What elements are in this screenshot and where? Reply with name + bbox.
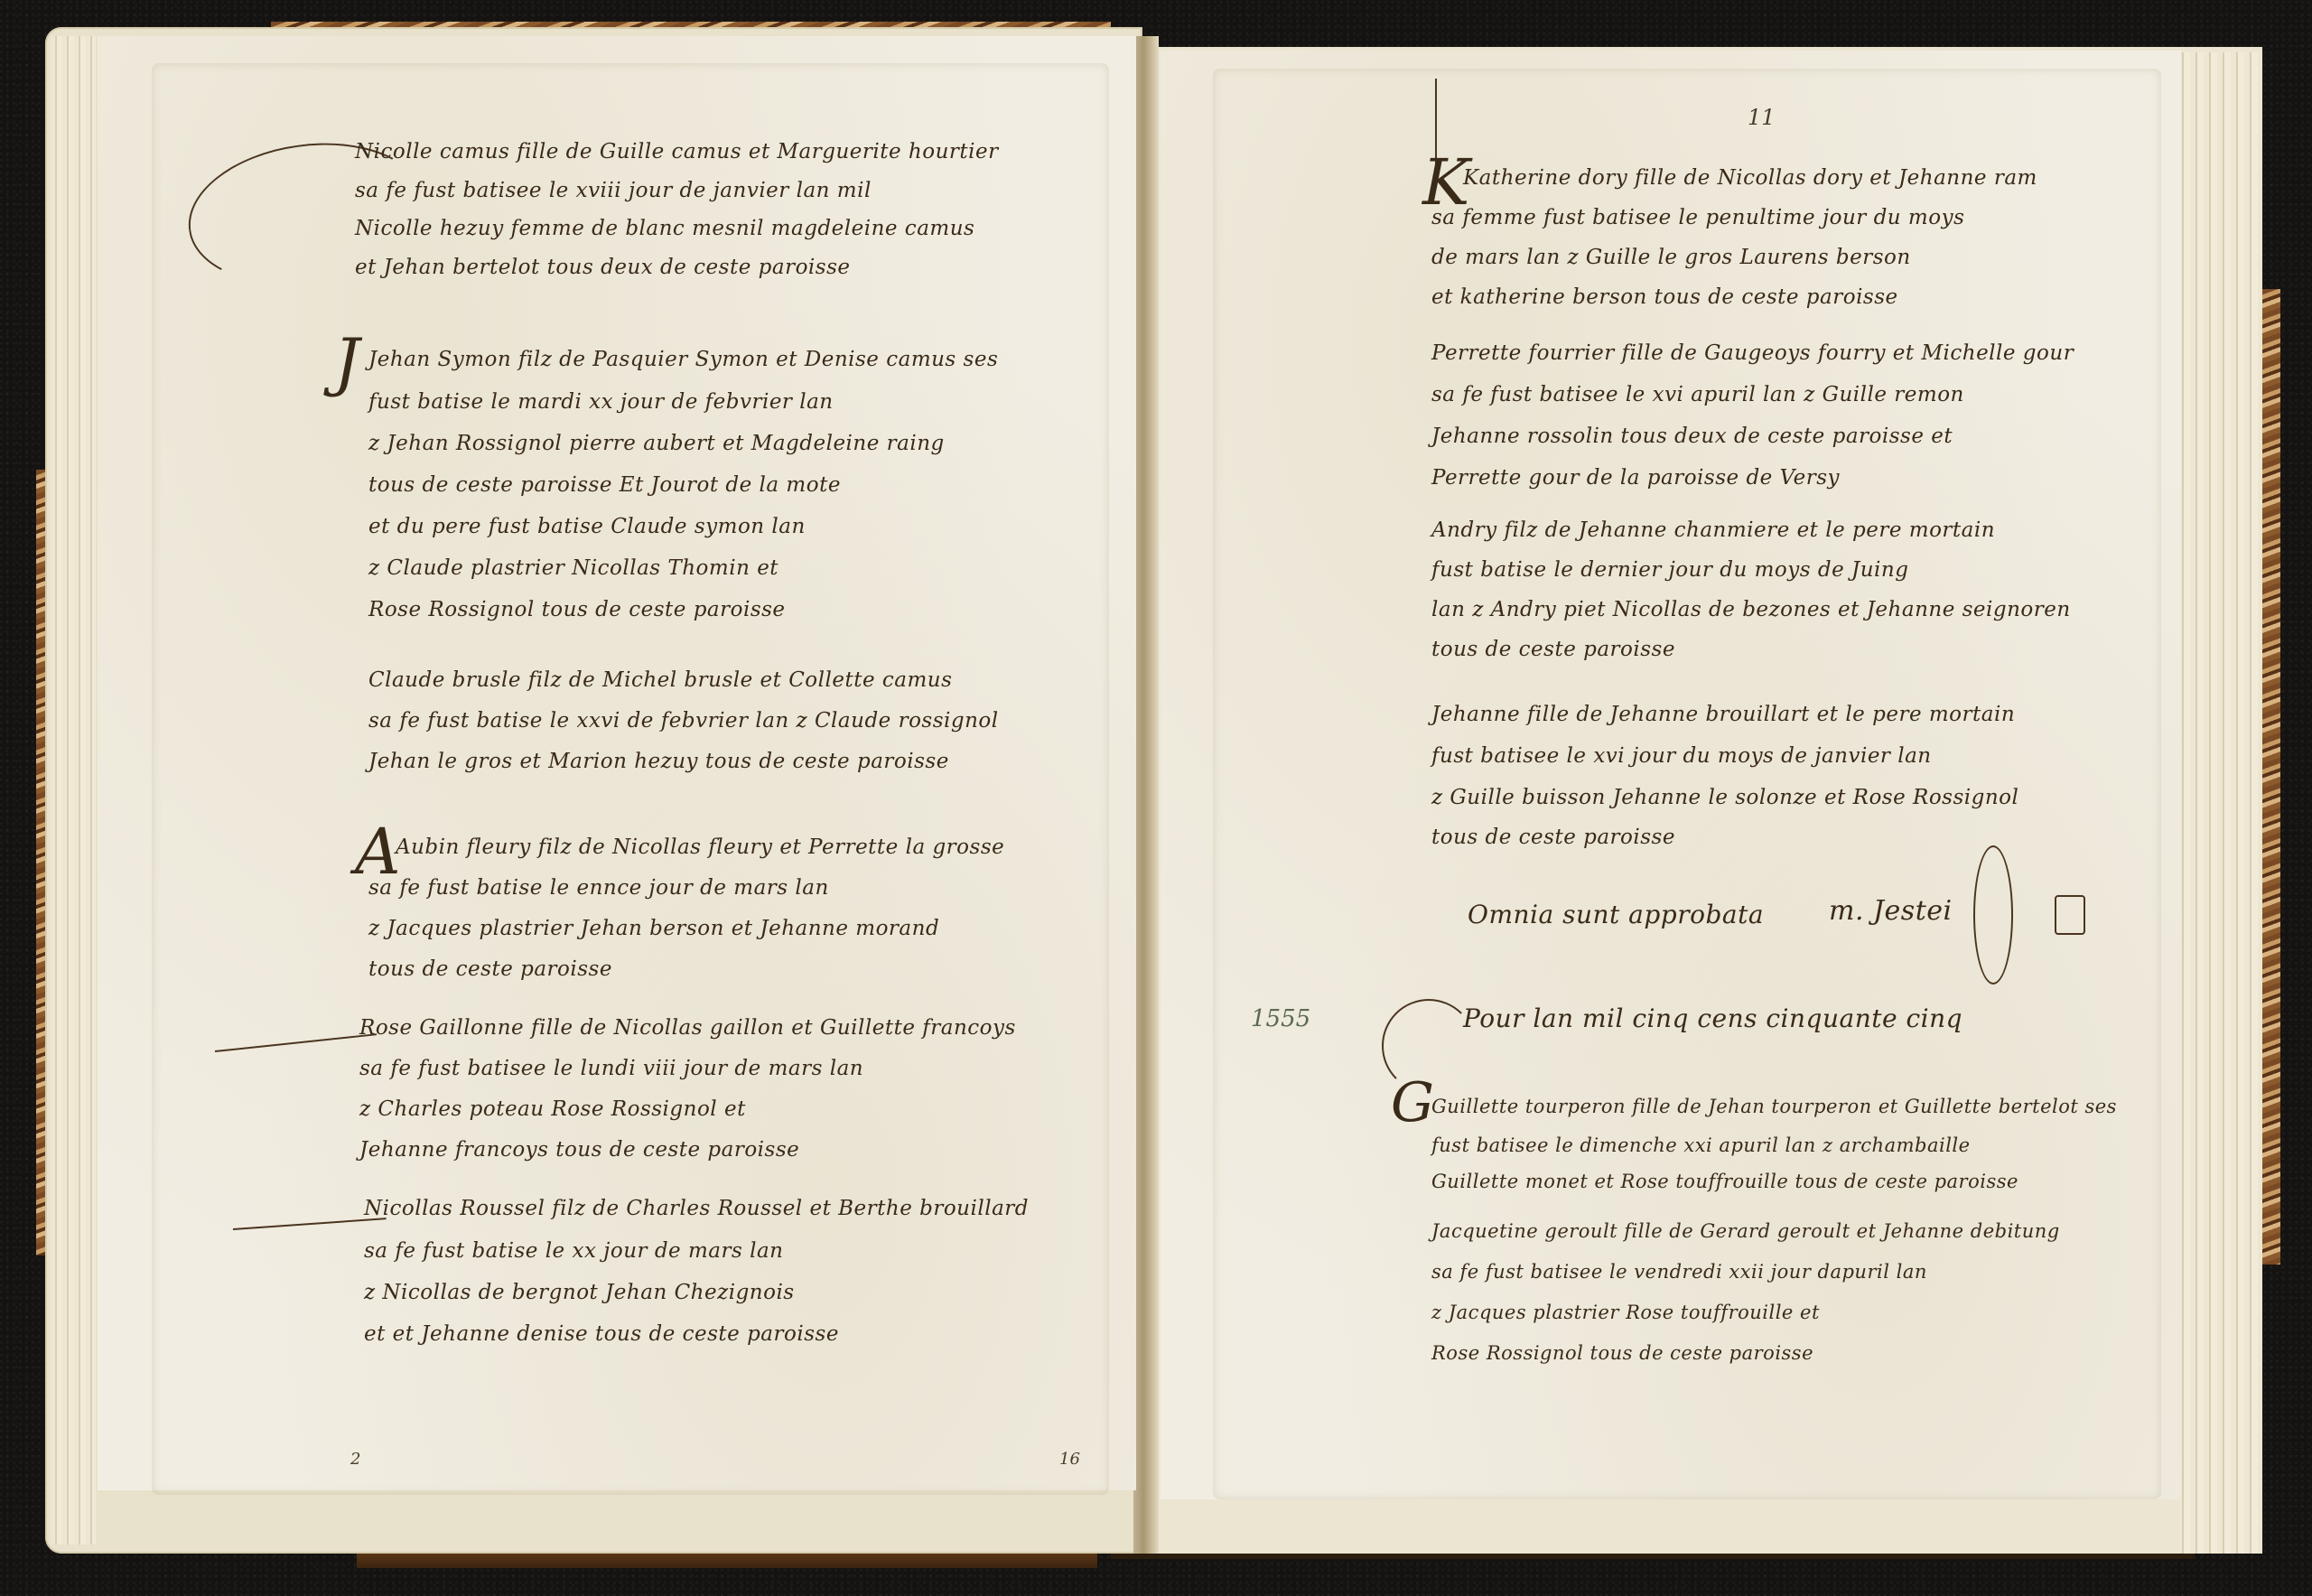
entry-line: Rose Rossignol tous de ceste paroisse: [1431, 1342, 1813, 1364]
entry-initial: J: [334, 325, 359, 399]
marbled-cover-edge-right: [2262, 289, 2280, 1265]
entry-line: fust batise le dernier jour du moys de J…: [1431, 558, 1908, 582]
entry-line: Guillette tourperon fille de Jehan tourp…: [1431, 1096, 2117, 1117]
entry-line: fust batisee le dimenche xxi apuril lan …: [1431, 1134, 1971, 1156]
folio-number-top: 11: [1748, 105, 1776, 130]
entry-line: z Jacques plastrier Jehan berson et Jeha…: [368, 917, 939, 940]
entry-line: Guillette monet et Rose touffrouille tou…: [1431, 1171, 2018, 1192]
right-page-plate: [1213, 69, 2161, 1499]
monogram-icon: [2055, 895, 2085, 935]
entry-line: sa femme fust batisee le penultime jour …: [1431, 206, 1964, 229]
entry-line: tous de ceste paroisse: [1431, 826, 1675, 849]
left-page-edges: [51, 36, 96, 1545]
entry-line: Rose Gaillonne fille de Nicollas gaillon…: [359, 1016, 1016, 1040]
entry-line: z Charles poteau Rose Rossignol et: [359, 1097, 746, 1121]
entry-line: Jehanne fille de Jehanne brouillart et l…: [1431, 703, 2015, 726]
signature: m. Jestei: [1829, 895, 1953, 927]
entry-line: Jehanne rossolin tous deux de ceste paro…: [1431, 425, 1953, 448]
entry-line: sa fe fust batisee le xviii jour de janv…: [355, 179, 872, 202]
entry-line: Nicolle hezuy femme de blanc mesnil magd…: [355, 217, 974, 240]
entry-line: Jehan Symon filz de Pasquier Symon et De…: [368, 348, 998, 371]
entry-line: Jehanne francoys tous de ceste paroisse: [359, 1138, 799, 1162]
entry-line: z Jehan Rossignol pierre aubert et Magde…: [368, 432, 945, 455]
year-heading: Pour lan mil cinq cens cinquante cinq: [1463, 1003, 1962, 1033]
approval-text: Omnia sunt approbata: [1468, 900, 1764, 929]
entry-line: Claude brusle filz de Michel brusle et C…: [368, 668, 952, 692]
right-page-edges: [2177, 52, 2262, 1554]
book-gutter: [1133, 36, 1159, 1554]
entry-line: Nicollas Roussel filz de Charles Roussel…: [364, 1197, 1029, 1220]
entry-line: Katherine dory fille de Nicollas dory et…: [1463, 166, 2037, 190]
folio-number-right: 16: [1059, 1450, 1080, 1469]
entry-initial: G: [1391, 1071, 1434, 1134]
entry-line: tous de ceste paroisse Et Jourot de la m…: [368, 473, 841, 497]
entry-line: tous de ceste paroisse: [368, 957, 612, 981]
entry-line: et Jehan bertelot tous deux de ceste par…: [355, 256, 851, 279]
entry-line: et du pere fust batise Claude symon lan: [368, 515, 806, 538]
entry-line: Perrette gour de la paroisse de Versy: [1431, 466, 1840, 490]
entry-line: sa fe fust batisee le vendredi xxii jour…: [1431, 1261, 1927, 1283]
entry-line: Rose Rossignol tous de ceste paroisse: [368, 598, 786, 621]
entry-line: sa fe fust batisee le lundi viii jour de…: [359, 1057, 863, 1080]
entry-line: de mars lan z Guille le gros Laurens ber…: [1431, 246, 1911, 269]
entry-line: fust batisee le xvi jour du moys de janv…: [1431, 744, 1932, 768]
entry-line: Aubin fleury filz de Nicollas fleury et …: [396, 835, 1004, 859]
entry-line: z Jacques plastrier Rose touffrouille et: [1431, 1302, 1820, 1323]
entry-line: Jehan le gros et Marion hezuy tous de ce…: [368, 750, 949, 773]
entry-line: z Guille buisson Jehanne le solonze et R…: [1431, 786, 2018, 809]
entry-line: Jacquetine geroult fille de Gerard gerou…: [1431, 1220, 2060, 1242]
entry-line: Perrette fourrier fille de Gaugeoys four…: [1431, 341, 2074, 365]
entry-line: z Claude plastrier Nicollas Thomin et: [368, 556, 778, 580]
paraph-icon: [1973, 845, 2013, 985]
entry-line: Andry filz de Jehanne chanmiere et le pe…: [1431, 518, 1995, 542]
entry-line: z Nicollas de bergnot Jehan Chezignois: [364, 1281, 795, 1304]
entry-line: fust batise le mardi xx jour de febvrier…: [368, 390, 834, 414]
left-page: Nicolle camus fille de Guille camus et M…: [98, 36, 1136, 1490]
entry-line: et katherine berson tous de ceste parois…: [1431, 285, 1898, 309]
entry-line: sa fe fust batise le ennce jour de mars …: [368, 876, 829, 900]
entry-line: et et Jehanne denise tous de ceste paroi…: [364, 1322, 839, 1346]
entry-line: sa fe fust batise le xxvi de febvrier la…: [368, 709, 999, 733]
entry-line: Nicolle camus fille de Guille camus et M…: [355, 140, 999, 163]
entry-line: sa fe fust batisee le xvi apuril lan z G…: [1431, 383, 1964, 406]
entry-line: tous de ceste paroisse: [1431, 638, 1675, 661]
entry-line: lan z Andry piet Nicollas de bezones et …: [1431, 598, 2071, 621]
margin-year: 1555: [1251, 1005, 1310, 1032]
entry-line: sa fe fust batise le xx jour de mars lan: [364, 1239, 784, 1263]
folio-number-left: 2: [350, 1450, 360, 1469]
right-page: 11 K Katherine dory fille de Nicollas do…: [1161, 51, 2181, 1499]
